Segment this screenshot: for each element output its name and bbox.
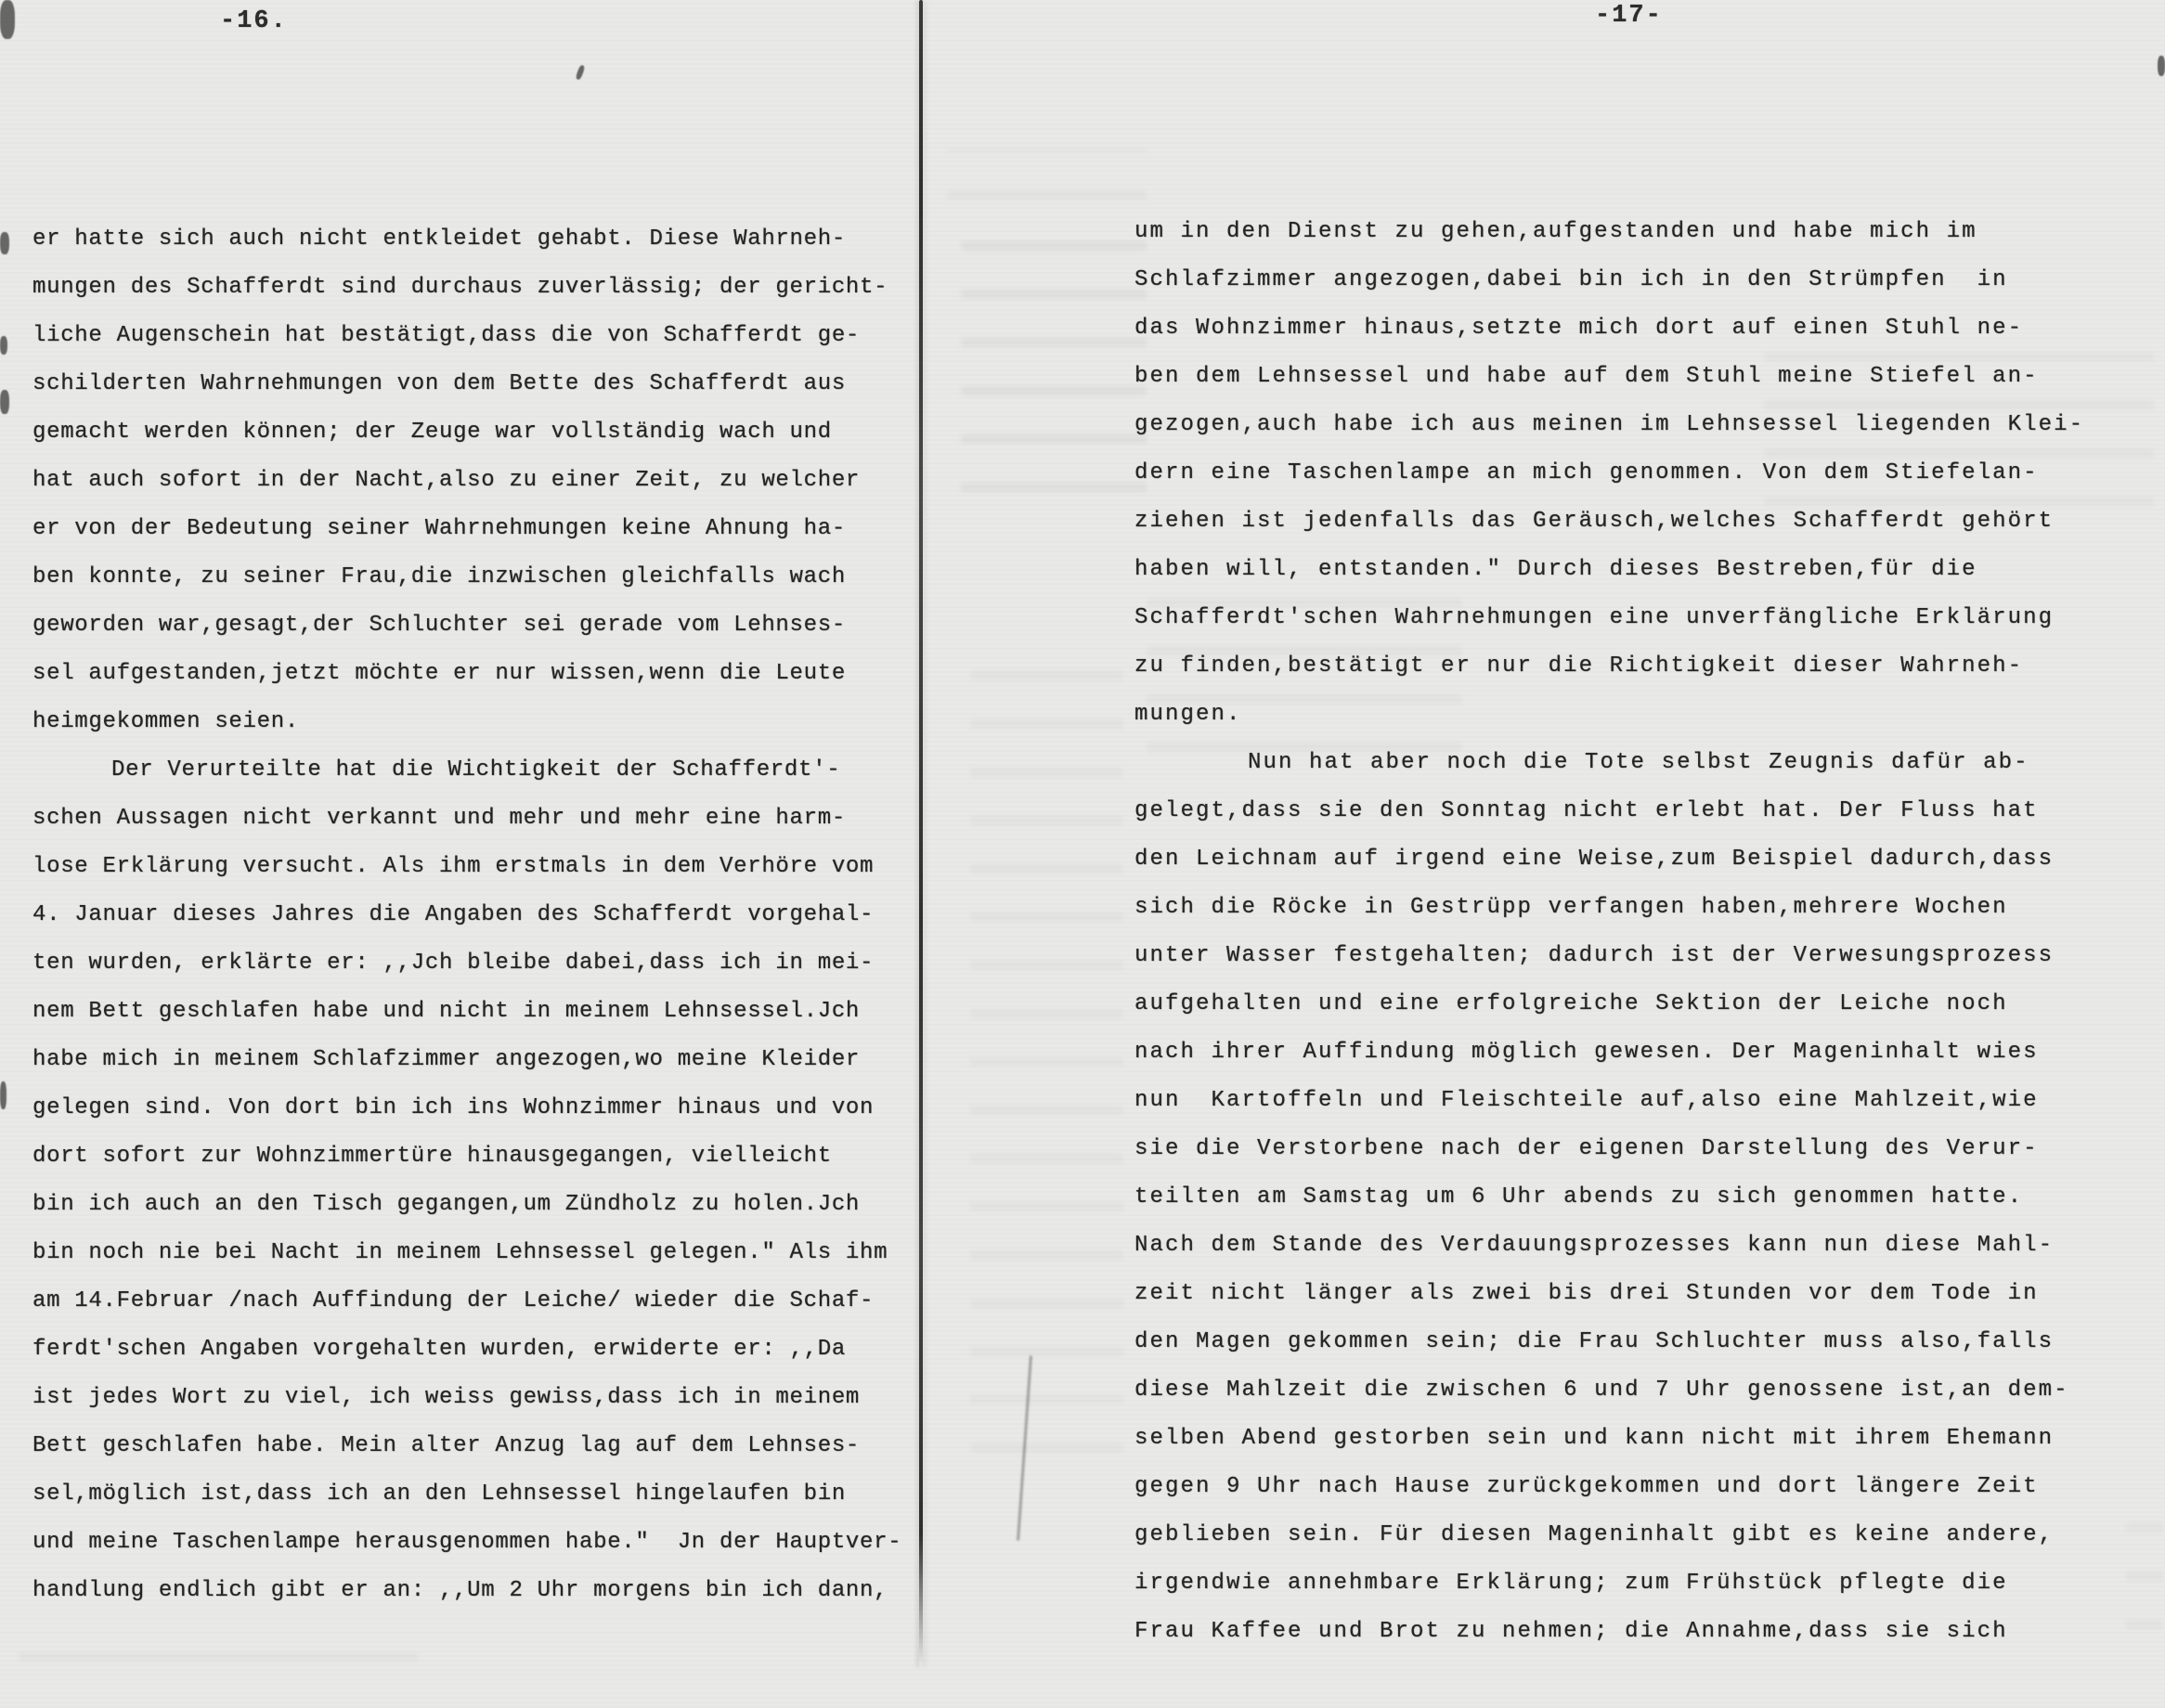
- text-line: mungen des Schafferdt sind durchaus zuve…: [32, 264, 910, 312]
- page-number-right: -17-: [1595, 2, 1663, 30]
- text-line: handlung endlich gibt er an: ,,Um 2 Uhr …: [32, 1567, 910, 1615]
- text-line: hat auch sofort in der Nacht,also zu ein…: [32, 457, 910, 505]
- scan-artifact: [0, 0, 15, 39]
- text-line: liche Augenschein hat bestätigt,dass die…: [32, 312, 910, 360]
- text-line: diese Mahlzeit die zwischen 6 und 7 Uhr …: [1134, 1366, 2160, 1415]
- scan-artifact: [0, 232, 9, 254]
- text-line: sie die Verstorbene nach der eigenen Dar…: [1134, 1125, 2160, 1173]
- text-line: bin noch nie bei Nacht in meinem Lehnses…: [32, 1229, 910, 1277]
- text-line: gelegt,dass sie den Sonntag nicht erlebt…: [1134, 787, 2160, 835]
- text-line: Der Verurteilte hat die Wichtigkeit der …: [32, 746, 910, 795]
- text-line: nun Kartoffeln und Fleischteile auf,also…: [1134, 1077, 2160, 1125]
- text-line: schen Aussagen nicht verkannt und mehr u…: [32, 795, 910, 843]
- text-line: geblieben sein. Für diesen Mageninhalt g…: [1134, 1511, 2160, 1559]
- text-line: Bett geschlafen habe. Mein alter Anzug l…: [32, 1422, 910, 1470]
- text-line: dort sofort zur Wohnzimmertüre hinausgeg…: [32, 1132, 910, 1181]
- text-line: gezogen,auch habe ich aus meinen im Lehn…: [1134, 401, 2160, 449]
- page-17: -17- um in den Dienst zu gehen,aufgestan…: [928, 0, 2165, 1708]
- scan-artifact: [0, 1081, 6, 1109]
- text-line: sich die Röcke in Gestrüpp verfangen hab…: [1134, 884, 2160, 932]
- text-line: mungen.: [1134, 691, 2160, 739]
- scan-artifact: [2158, 56, 2165, 76]
- text-line: bin ich auch an den Tisch gegangen,um Zü…: [32, 1181, 910, 1229]
- text-line: irgendwie annehmbare Erklärung; zum Früh…: [1134, 1559, 2160, 1608]
- text-line: gegen 9 Uhr nach Hause zurückgekommen un…: [1134, 1463, 2160, 1511]
- page-fold-divider: [919, 0, 923, 1667]
- text-line: Nun hat aber noch die Tote selbst Zeugni…: [1134, 739, 2160, 787]
- page-16: -16. er hatte sich auch nicht entkleidet…: [0, 0, 919, 1708]
- text-line: nach ihrer Auffindung möglich gewesen. D…: [1134, 1029, 2160, 1077]
- text-line: schilderten Wahrnehmungen von dem Bette …: [32, 360, 910, 408]
- text-line: ten wurden, erklärte er: ,,Jch bleibe da…: [32, 939, 910, 988]
- text-line: ben konnte, zu seiner Frau,die inzwische…: [32, 553, 910, 602]
- text-line: ist jedes Wort zu viel, ich weiss gewiss…: [32, 1374, 910, 1422]
- text-line: um in den Dienst zu gehen,aufgestanden u…: [1134, 208, 2160, 256]
- page-17-text: um in den Dienst zu gehen,aufgestanden u…: [1134, 208, 2160, 1656]
- text-line: Schlafzimmer angezogen,dabei bin ich in …: [1134, 256, 2160, 304]
- text-line: habe mich in meinem Schlafzimmer angezog…: [32, 1036, 910, 1084]
- text-line: den Magen gekommen sein; die Frau Schluc…: [1134, 1318, 2160, 1366]
- text-line: 4. Januar dieses Jahres die Angaben des …: [32, 891, 910, 939]
- text-line: Nach dem Stande des Verdauungsprozesses …: [1134, 1222, 2160, 1270]
- text-line: teilten am Samstag um 6 Uhr abends zu si…: [1134, 1173, 2160, 1222]
- text-line: zu finden,bestätigt er nur die Richtigke…: [1134, 642, 2160, 691]
- text-line: Schafferdt'schen Wahrnehmungen eine unve…: [1134, 594, 2160, 642]
- text-line: ziehen ist jedenfalls das Geräusch,welch…: [1134, 498, 2160, 546]
- text-line: Frau Kaffee und Brot zu nehmen; die Anna…: [1134, 1608, 2160, 1656]
- text-line: das Wohnzimmer hinaus,setzte mich dort a…: [1134, 304, 2160, 353]
- scan-artifact: [0, 390, 9, 414]
- text-line: nem Bett geschlafen habe und nicht in me…: [32, 988, 910, 1036]
- text-line: aufgehalten und eine erfolgreiche Sektio…: [1134, 980, 2160, 1029]
- text-line: er hatte sich auch nicht entkleidet geha…: [32, 215, 910, 264]
- text-line: gelegen sind. Von dort bin ich ins Wohnz…: [32, 1084, 910, 1132]
- text-line: unter Wasser festgehalten; dadurch ist d…: [1134, 932, 2160, 980]
- text-line: geworden war,gesagt,der Schluchter sei g…: [32, 602, 910, 650]
- text-line: am 14.Februar /nach Auffindung der Leich…: [32, 1277, 910, 1326]
- page-16-text: er hatte sich auch nicht entkleidet geha…: [32, 215, 910, 1615]
- text-line: heimgekommen seien.: [32, 698, 910, 746]
- text-line: ferdt'schen Angaben vorgehalten wurden, …: [32, 1326, 910, 1374]
- document-scan: -16. er hatte sich auch nicht entkleidet…: [0, 0, 2165, 1708]
- text-line: er von der Bedeutung seiner Wahrnehmunge…: [32, 505, 910, 553]
- text-line: lose Erklärung versucht. Als ihm erstmal…: [32, 843, 910, 891]
- text-line: sel aufgestanden,jetzt möchte er nur wis…: [32, 650, 910, 698]
- scan-artifact: [0, 336, 7, 355]
- text-line: ben dem Lehnsessel und habe auf dem Stuh…: [1134, 353, 2160, 401]
- text-line: haben will, entstanden." Durch dieses Be…: [1134, 546, 2160, 594]
- text-line: und meine Taschenlampe herausgenommen ha…: [32, 1519, 910, 1567]
- text-line: dern eine Taschenlampe an mich genommen.…: [1134, 449, 2160, 498]
- page-number-left: -16.: [220, 7, 288, 35]
- text-line: sel,möglich ist,dass ich an den Lehnsess…: [32, 1470, 910, 1519]
- text-line: gemacht werden können; der Zeuge war vol…: [32, 408, 910, 457]
- text-line: zeit nicht länger als zwei bis drei Stun…: [1134, 1270, 2160, 1318]
- text-line: den Leichnam auf irgend eine Weise,zum B…: [1134, 835, 2160, 884]
- text-line: selben Abend gestorben sein und kann nic…: [1134, 1415, 2160, 1463]
